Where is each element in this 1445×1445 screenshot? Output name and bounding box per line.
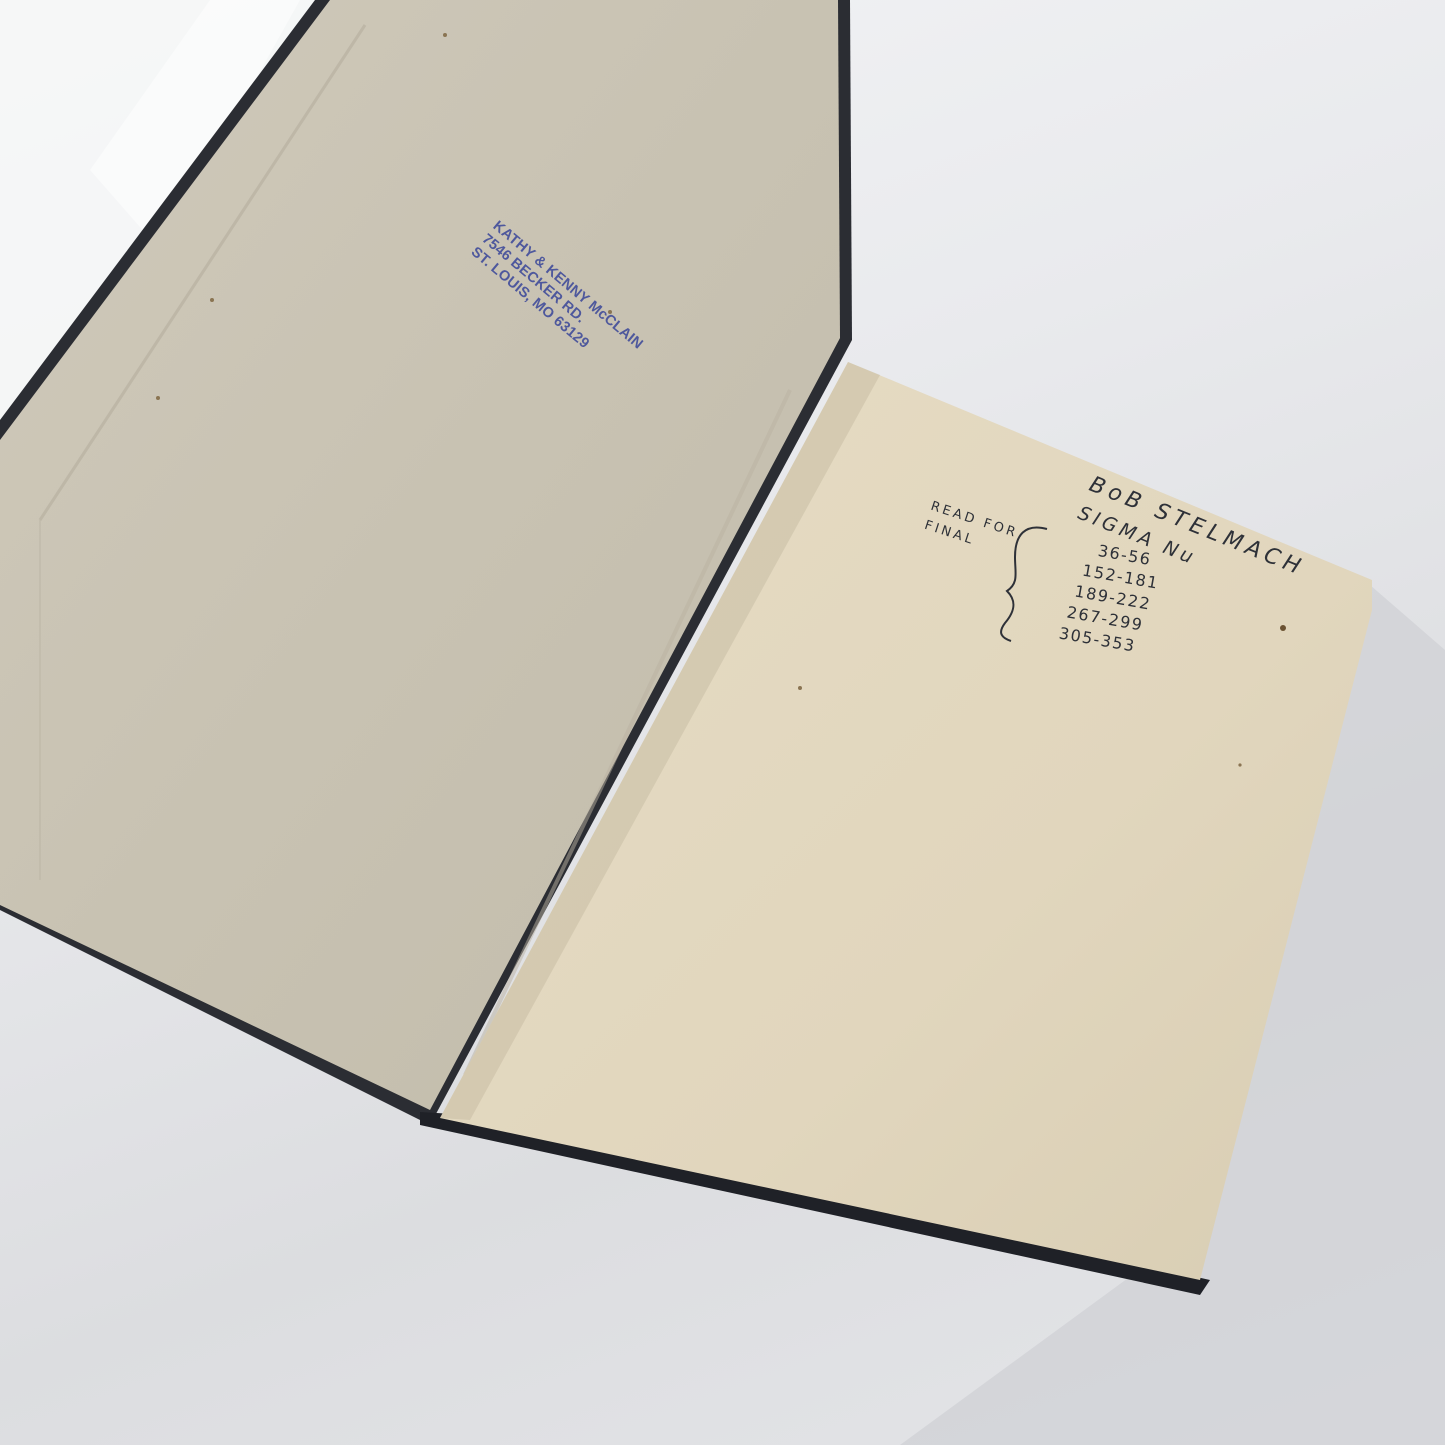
curly-brace-icon	[985, 525, 1065, 645]
book-photo-shapes	[0, 0, 1445, 1445]
